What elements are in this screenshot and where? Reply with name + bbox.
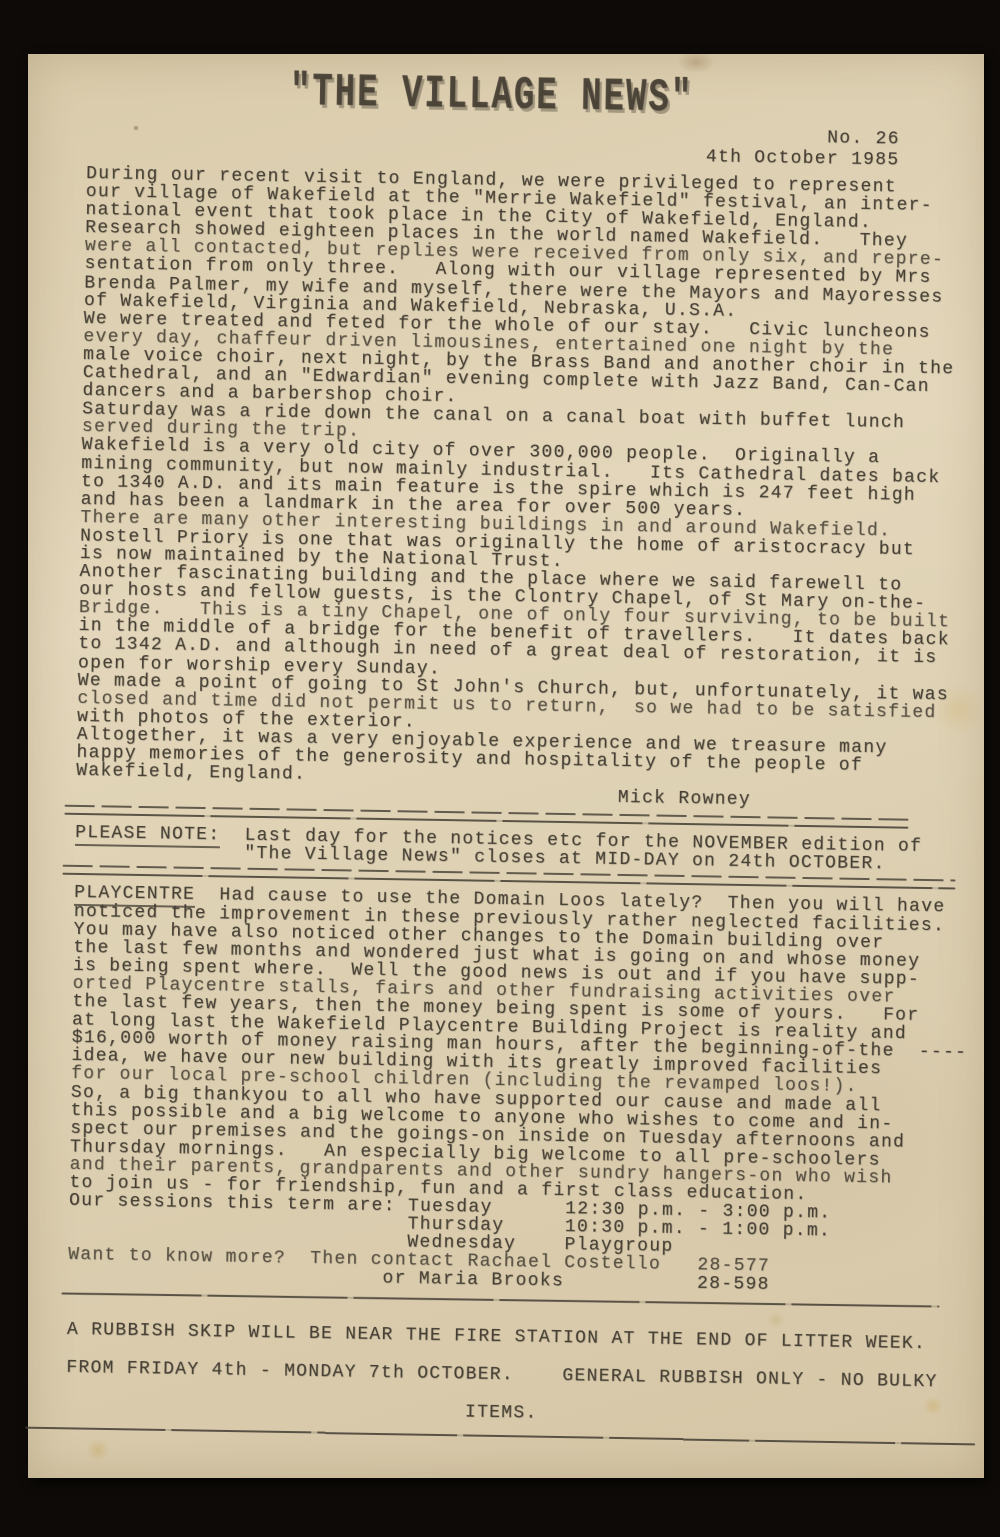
rubbish-skip-notice: A RUBBISH SKIP WILL BE NEAR THE FIRE STA… [65, 1310, 945, 1439]
newsletter-page: "THE VILLAGE NEWS" No. 26 4th October 19… [28, 54, 984, 1478]
page-title: "THE VILLAGE NEWS" [289, 67, 693, 125]
playcentre-body: noticed the improvement in these previou… [68, 902, 952, 1296]
article-wakefield-visit: During our recent visit to England, we w… [76, 165, 964, 795]
scan-background: "THE VILLAGE NEWS" No. 26 4th October 19… [0, 0, 1000, 1537]
playcentre-section: PLAYCENTRE Had cause to use the Domain L… [68, 884, 952, 1297]
page-content: "THE VILLAGE NEWS" No. 26 4th October 19… [65, 58, 966, 1444]
